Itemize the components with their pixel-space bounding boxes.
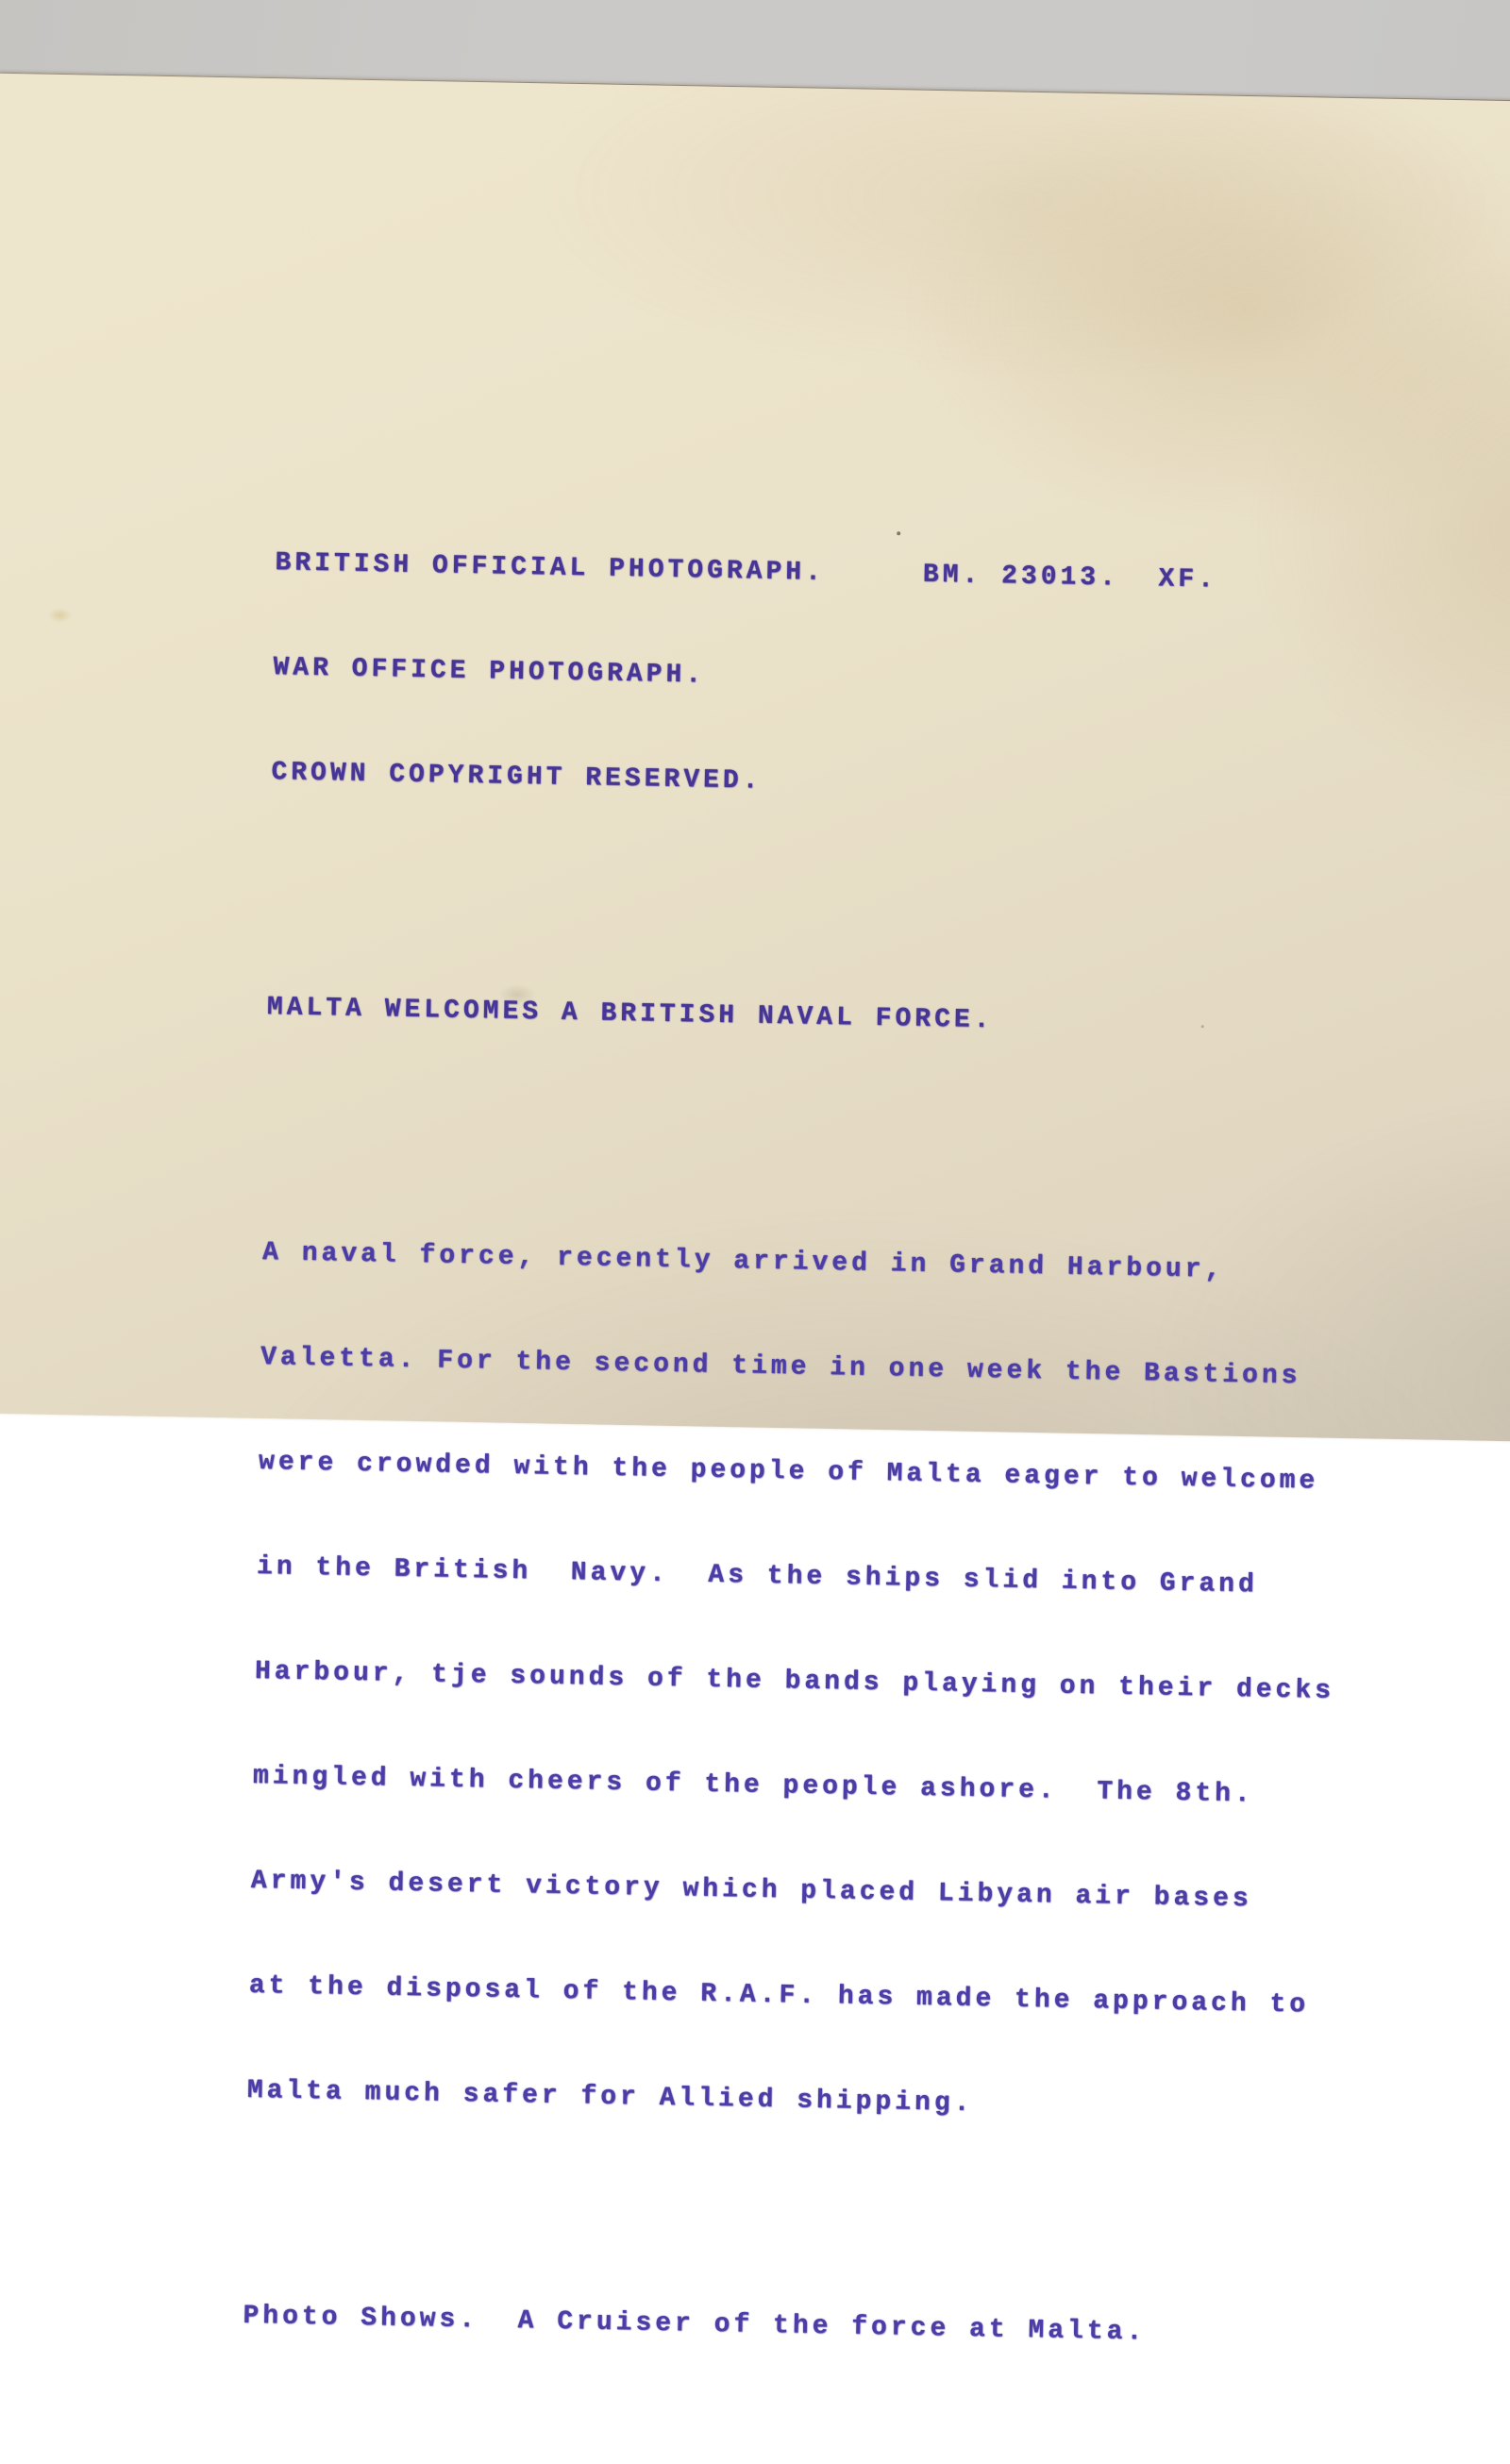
caption-body: A naval force, recently arrived in Grand… (245, 1165, 1344, 1255)
caption-card-paper: BRITISH OFFICIAL PHOTOGRAPH. BM. 23013. … (0, 72, 1510, 1255)
official-header: BRITISH OFFICIAL PHOTOGRAPH. BM. 23013. … (270, 476, 1356, 880)
caption-body-line: A naval force, recently arrived in Grand… (262, 1235, 1343, 1255)
header-line-british-official: BRITISH OFFICIAL PHOTOGRAPH. BM. 23013. … (275, 545, 1355, 600)
header-line-war-office: WAR OFFICE PHOTOGRAPH. (273, 650, 1353, 705)
typed-caption-text: BRITISH OFFICIAL PHOTOGRAPH. BM. 23013. … (241, 371, 1358, 1255)
caption-title: MALTA WELCOMES A BRITISH NAVAL FORCE. (267, 990, 1348, 1045)
paper-stain (47, 608, 72, 623)
header-line-crown-copyright: CROWN COPYRIGHT RESERVED. (271, 755, 1351, 810)
